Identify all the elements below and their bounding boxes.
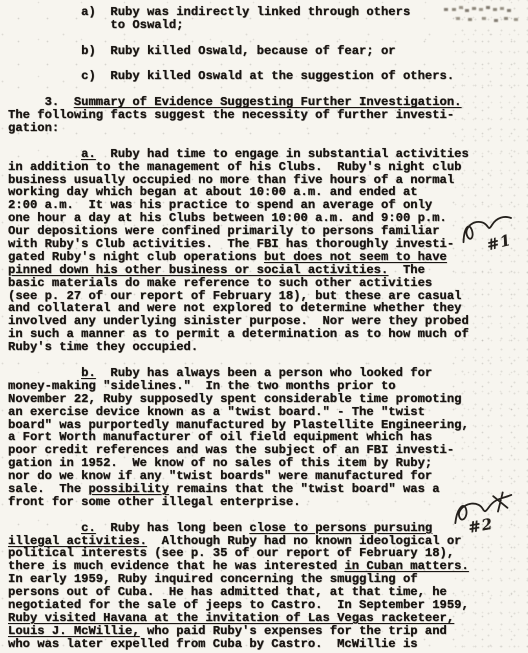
doc-line: The following facts suggest the necessit… [8, 109, 520, 122]
scanned-memo-page: a) Ruby was indirectly linked through ot… [0, 0, 528, 653]
document-text: a) Ruby was indirectly linked through ot… [8, 6, 520, 651]
doc-line: Ruby's time they occupied. [8, 341, 520, 354]
doc-line: to Oswald; [8, 19, 520, 32]
doc-line: c) Ruby killed Oswald at the suggestion … [8, 70, 520, 83]
doc-line: who was later expelled from Cuba by Cast… [8, 638, 520, 651]
doc-line: b) Ruby killed Oswald, because of fear; … [8, 45, 520, 58]
doc-line: gation: [8, 122, 520, 135]
doc-line: front for some other illegal enterprise. [8, 496, 520, 509]
